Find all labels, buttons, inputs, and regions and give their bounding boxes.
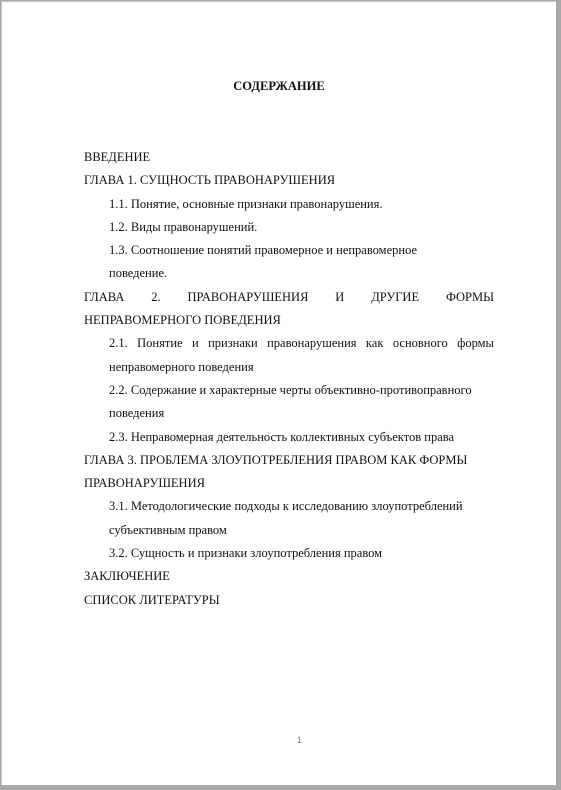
toc-section: 1.2. Виды правонарушений. bbox=[84, 216, 494, 239]
toc-line: 1.2. Виды правонарушений. bbox=[84, 216, 494, 239]
toc-line: 1.3. Соотношение понятий правомерное и н… bbox=[84, 239, 494, 262]
toc-line: 3.2. Сущность и признаки злоупотребления… bbox=[84, 542, 494, 565]
toc-section: 2.1.Понятиеипризнакиправонарушениякакосн… bbox=[84, 332, 494, 379]
toc-word: И bbox=[335, 286, 344, 309]
toc-section: 2.3. Неправомерная деятельность коллекти… bbox=[84, 426, 494, 449]
toc-word: формы bbox=[457, 332, 494, 355]
toc-line: неправомерного поведения bbox=[84, 356, 494, 379]
toc-line: 2.2. Содержание и характерные черты объе… bbox=[84, 379, 494, 402]
toc-section: 1.1. Понятие, основные признаки правонар… bbox=[84, 193, 494, 216]
page-number: 1 bbox=[297, 735, 302, 745]
table-of-contents: ВВЕДЕНИЕГЛАВА 1. СУЩНОСТЬ ПРАВОНАРУШЕНИЯ… bbox=[84, 146, 494, 612]
toc-line: поведения bbox=[84, 402, 494, 425]
document-page: СОДЕРЖАНИЕ ВВЕДЕНИЕГЛАВА 1. СУЩНОСТЬ ПРА… bbox=[1, 1, 556, 785]
toc-word: Понятие bbox=[137, 332, 182, 355]
toc-word: основного bbox=[393, 332, 448, 355]
toc-line: ЗАКЛЮЧЕНИЕ bbox=[84, 565, 494, 588]
toc-chapter: ГЛАВА2.ПРАВОНАРУШЕНИЯИДРУГИЕФОРМЫНЕПРАВО… bbox=[84, 286, 494, 333]
toc-line: 3.1. Методологические подходы к исследов… bbox=[84, 495, 494, 518]
toc-line: 1.1. Понятие, основные признаки правонар… bbox=[84, 193, 494, 216]
toc-chapter: ГЛАВА 3. ПРОБЛЕМА ЗЛОУПОТРЕБЛЕНИЯ ПРАВОМ… bbox=[84, 449, 494, 496]
toc-line: ГЛАВА 1. СУЩНОСТЬ ПРАВОНАРУШЕНИЯ bbox=[84, 169, 494, 192]
toc-word: 2. bbox=[151, 286, 160, 309]
toc-line: СПИСОК ЛИТЕРАТУРЫ bbox=[84, 589, 494, 612]
toc-section: 1.3. Соотношение понятий правомерное и н… bbox=[84, 239, 494, 286]
toc-section: 3.2. Сущность и признаки злоупотребления… bbox=[84, 542, 494, 565]
toc-word: правонарушения bbox=[267, 332, 356, 355]
toc-chapter: СПИСОК ЛИТЕРАТУРЫ bbox=[84, 589, 494, 612]
toc-line: 2.3. Неправомерная деятельность коллекти… bbox=[84, 426, 494, 449]
toc-section: 2.2. Содержание и характерные черты объе… bbox=[84, 379, 494, 426]
toc-line: ПРАВОНАРУШЕНИЯ bbox=[84, 472, 494, 495]
page-title: СОДЕРЖАНИЕ bbox=[2, 79, 556, 94]
toc-chapter: ВВЕДЕНИЕ bbox=[84, 146, 494, 169]
toc-line: ГЛАВА2.ПРАВОНАРУШЕНИЯИДРУГИЕФОРМЫ bbox=[84, 286, 494, 309]
toc-word: ФОРМЫ bbox=[446, 286, 494, 309]
toc-line: 2.1.Понятиеипризнакиправонарушениякакосн… bbox=[84, 332, 494, 355]
toc-line: субъективным правом bbox=[84, 519, 494, 542]
toc-line: ВВЕДЕНИЕ bbox=[84, 146, 494, 169]
toc-line: ГЛАВА 3. ПРОБЛЕМА ЗЛОУПОТРЕБЛЕНИЯ ПРАВОМ… bbox=[84, 449, 494, 472]
toc-word: как bbox=[366, 332, 384, 355]
toc-chapter: ЗАКЛЮЧЕНИЕ bbox=[84, 565, 494, 588]
toc-word: ПРАВОНАРУШЕНИЯ bbox=[187, 286, 308, 309]
toc-line: поведение. bbox=[84, 262, 494, 285]
toc-word: 2.1. bbox=[109, 332, 128, 355]
toc-section: 3.1. Методологические подходы к исследов… bbox=[84, 495, 494, 542]
toc-word: ГЛАВА bbox=[84, 286, 124, 309]
toc-chapter: ГЛАВА 1. СУЩНОСТЬ ПРАВОНАРУШЕНИЯ bbox=[84, 169, 494, 192]
toc-word: ДРУГИЕ bbox=[371, 286, 419, 309]
toc-word: признаки bbox=[208, 332, 258, 355]
toc-line: НЕПРАВОМЕРНОГО ПОВЕДЕНИЯ bbox=[84, 309, 494, 332]
toc-word: и bbox=[192, 332, 199, 355]
